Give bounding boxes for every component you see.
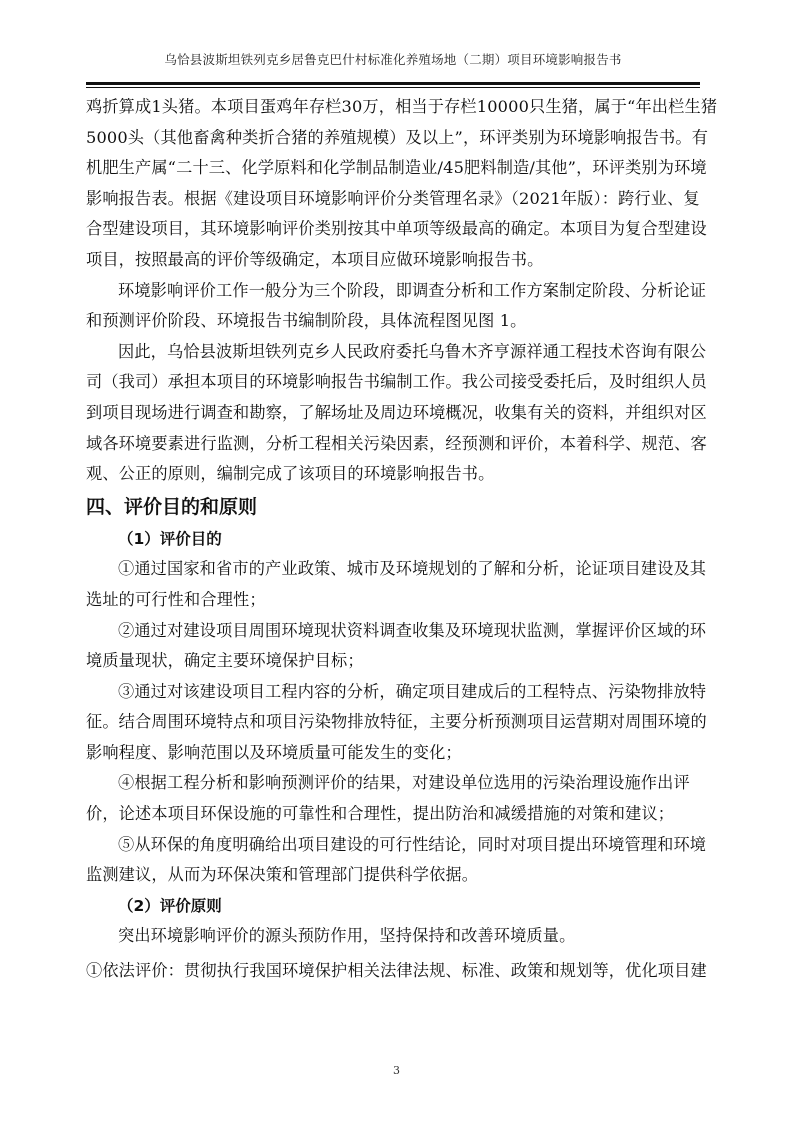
header-rule-thick: [86, 82, 700, 85]
purpose-item-2: ②通过对建设项目周围环境现状资料调查收集及环境现状监测，掌握评价区域的环 境质量…: [86, 616, 710, 677]
text-line: ②通过对建设项目周围环境现状资料调查收集及环境现状监测，掌握评价区域的环: [86, 616, 710, 647]
text-line: 观、公正的原则，编制完成了该项目的环境影响报告书。: [86, 459, 710, 490]
subsection-heading-principles: （2）评价原则: [86, 891, 710, 922]
text-line: 鸡折算成1头猪。本项目蛋鸡年存栏30万，相当于存栏10000只生猪，属于“年出栏…: [86, 92, 710, 123]
text-line: 征。结合周围环境特点和项目污染物排放特征，主要分析预测项目运营期对周围环境的: [86, 707, 710, 738]
text-line: 司（我司）承担本项目的环境影响报告书编制工作。我公司接受委托后，及时组织人员: [86, 367, 710, 398]
text-line: 因此，乌恰县波斯坦铁列克乡人民政府委托乌鲁木齐亨源祥通工程技术咨询有限公: [86, 337, 710, 368]
paragraph-commission: 因此，乌恰县波斯坦铁列克乡人民政府委托乌鲁木齐亨源祥通工程技术咨询有限公 司（我…: [86, 337, 710, 490]
page-body: 鸡折算成1头猪。本项目蛋鸡年存栏30万，相当于存栏10000只生猪，属于“年出栏…: [86, 92, 710, 987]
text-line: 选址的可行性和合理性；: [86, 585, 710, 616]
page-number: 3: [0, 1064, 793, 1077]
text-line: 项目，按照最高的评价等级确定，本项目应做环境影响报告书。: [86, 245, 710, 276]
header-double-rule: [86, 82, 700, 89]
paragraph-eia-category: 鸡折算成1头猪。本项目蛋鸡年存栏30万，相当于存栏10000只生猪，属于“年出栏…: [86, 92, 710, 276]
principle-item-1: ①依法评价：贯彻执行我国环境保护相关法律法规、标准、政策和规划等，优化项目建: [86, 956, 710, 987]
text-line: 监测建议，从而为环保决策和管理部门提供科学依据。: [86, 860, 710, 891]
text-line: ①通过国家和省市的产业政策、城市及环境规划的了解和分析，论证项目建设及其: [86, 554, 710, 585]
text-line: 域各环境要素进行监测，分析工程相关污染因素，经预测和评价，本着科学、规范、客: [86, 429, 710, 460]
text-line: 机肥生产属“二十三、化学原料和化学制品制造业/45肥料制造/其他”，环评类别为环…: [86, 153, 710, 184]
subsection-heading-purpose: （1）评价目的: [86, 524, 710, 555]
text-line: 影响程度、影响范围以及环境质量可能发生的变化；: [86, 738, 710, 769]
text-line: 和预测评价阶段、环境报告书编制阶段，具体流程图见图 1。: [86, 306, 710, 337]
text-line: ⑤从环保的角度明确给出项目建设的可行性结论，同时对项目提出环境管理和环境: [86, 830, 710, 861]
text-line: 影响报告表。根据《建设项目环境影响评价分类管理名录》（2021年版）：跨行业、复: [86, 184, 710, 215]
text-line: 合型建设项目，其环境影响评价类别按其中单项等级最高的确定。本项目为复合型建设: [86, 214, 710, 245]
text-line: 环境影响评价工作一般分为三个阶段，即调查分析和工作方案制定阶段、分析论证: [86, 276, 710, 307]
text-line: 价，论述本项目环保设施的可靠性和合理性，提出防治和减缓措施的对策和建议；: [86, 799, 710, 830]
text-line: 到项目现场进行调查和勘察，了解场址及周边环境概况，收集有关的资料，并组织对区: [86, 398, 710, 429]
purpose-item-5: ⑤从环保的角度明确给出项目建设的可行性结论，同时对项目提出环境管理和环境 监测建…: [86, 830, 710, 891]
text-line: ④根据工程分析和影响预测评价的结果，对建设单位选用的污染治理设施作出评: [86, 768, 710, 799]
text-line: 5000头（其他畜禽种类折合猪的养殖规模）及以上”，环评类别为环境影响报告书。有: [86, 123, 710, 154]
header-rule-thin: [86, 87, 700, 88]
paragraph-eia-stages: 环境影响评价工作一般分为三个阶段，即调查分析和工作方案制定阶段、分析论证 和预测…: [86, 276, 710, 337]
purpose-item-4: ④根据工程分析和影响预测评价的结果，对建设单位选用的污染治理设施作出评 价，论述…: [86, 768, 710, 829]
purpose-item-1: ①通过国家和省市的产业政策、城市及环境规划的了解和分析，论证项目建设及其 选址的…: [86, 554, 710, 615]
text-line: 境质量现状，确定主要环境保护目标；: [86, 646, 710, 677]
purpose-item-3: ③通过对该建设项目工程内容的分析，确定项目建成后的工程特点、污染物排放特 征。结…: [86, 677, 710, 769]
text-line: ③通过对该建设项目工程内容的分析，确定项目建成后的工程特点、污染物排放特: [86, 677, 710, 708]
section-heading-4: 四、评价目的和原则: [86, 490, 710, 524]
running-header: 乌恰县波斯坦铁列克乡居鲁克巴什村标准化养殖场地（二期）项目环境影响报告书: [86, 50, 700, 68]
principles-intro: 突出环境影响评价的源头预防作用，坚持保持和改善环境质量。: [86, 921, 710, 952]
